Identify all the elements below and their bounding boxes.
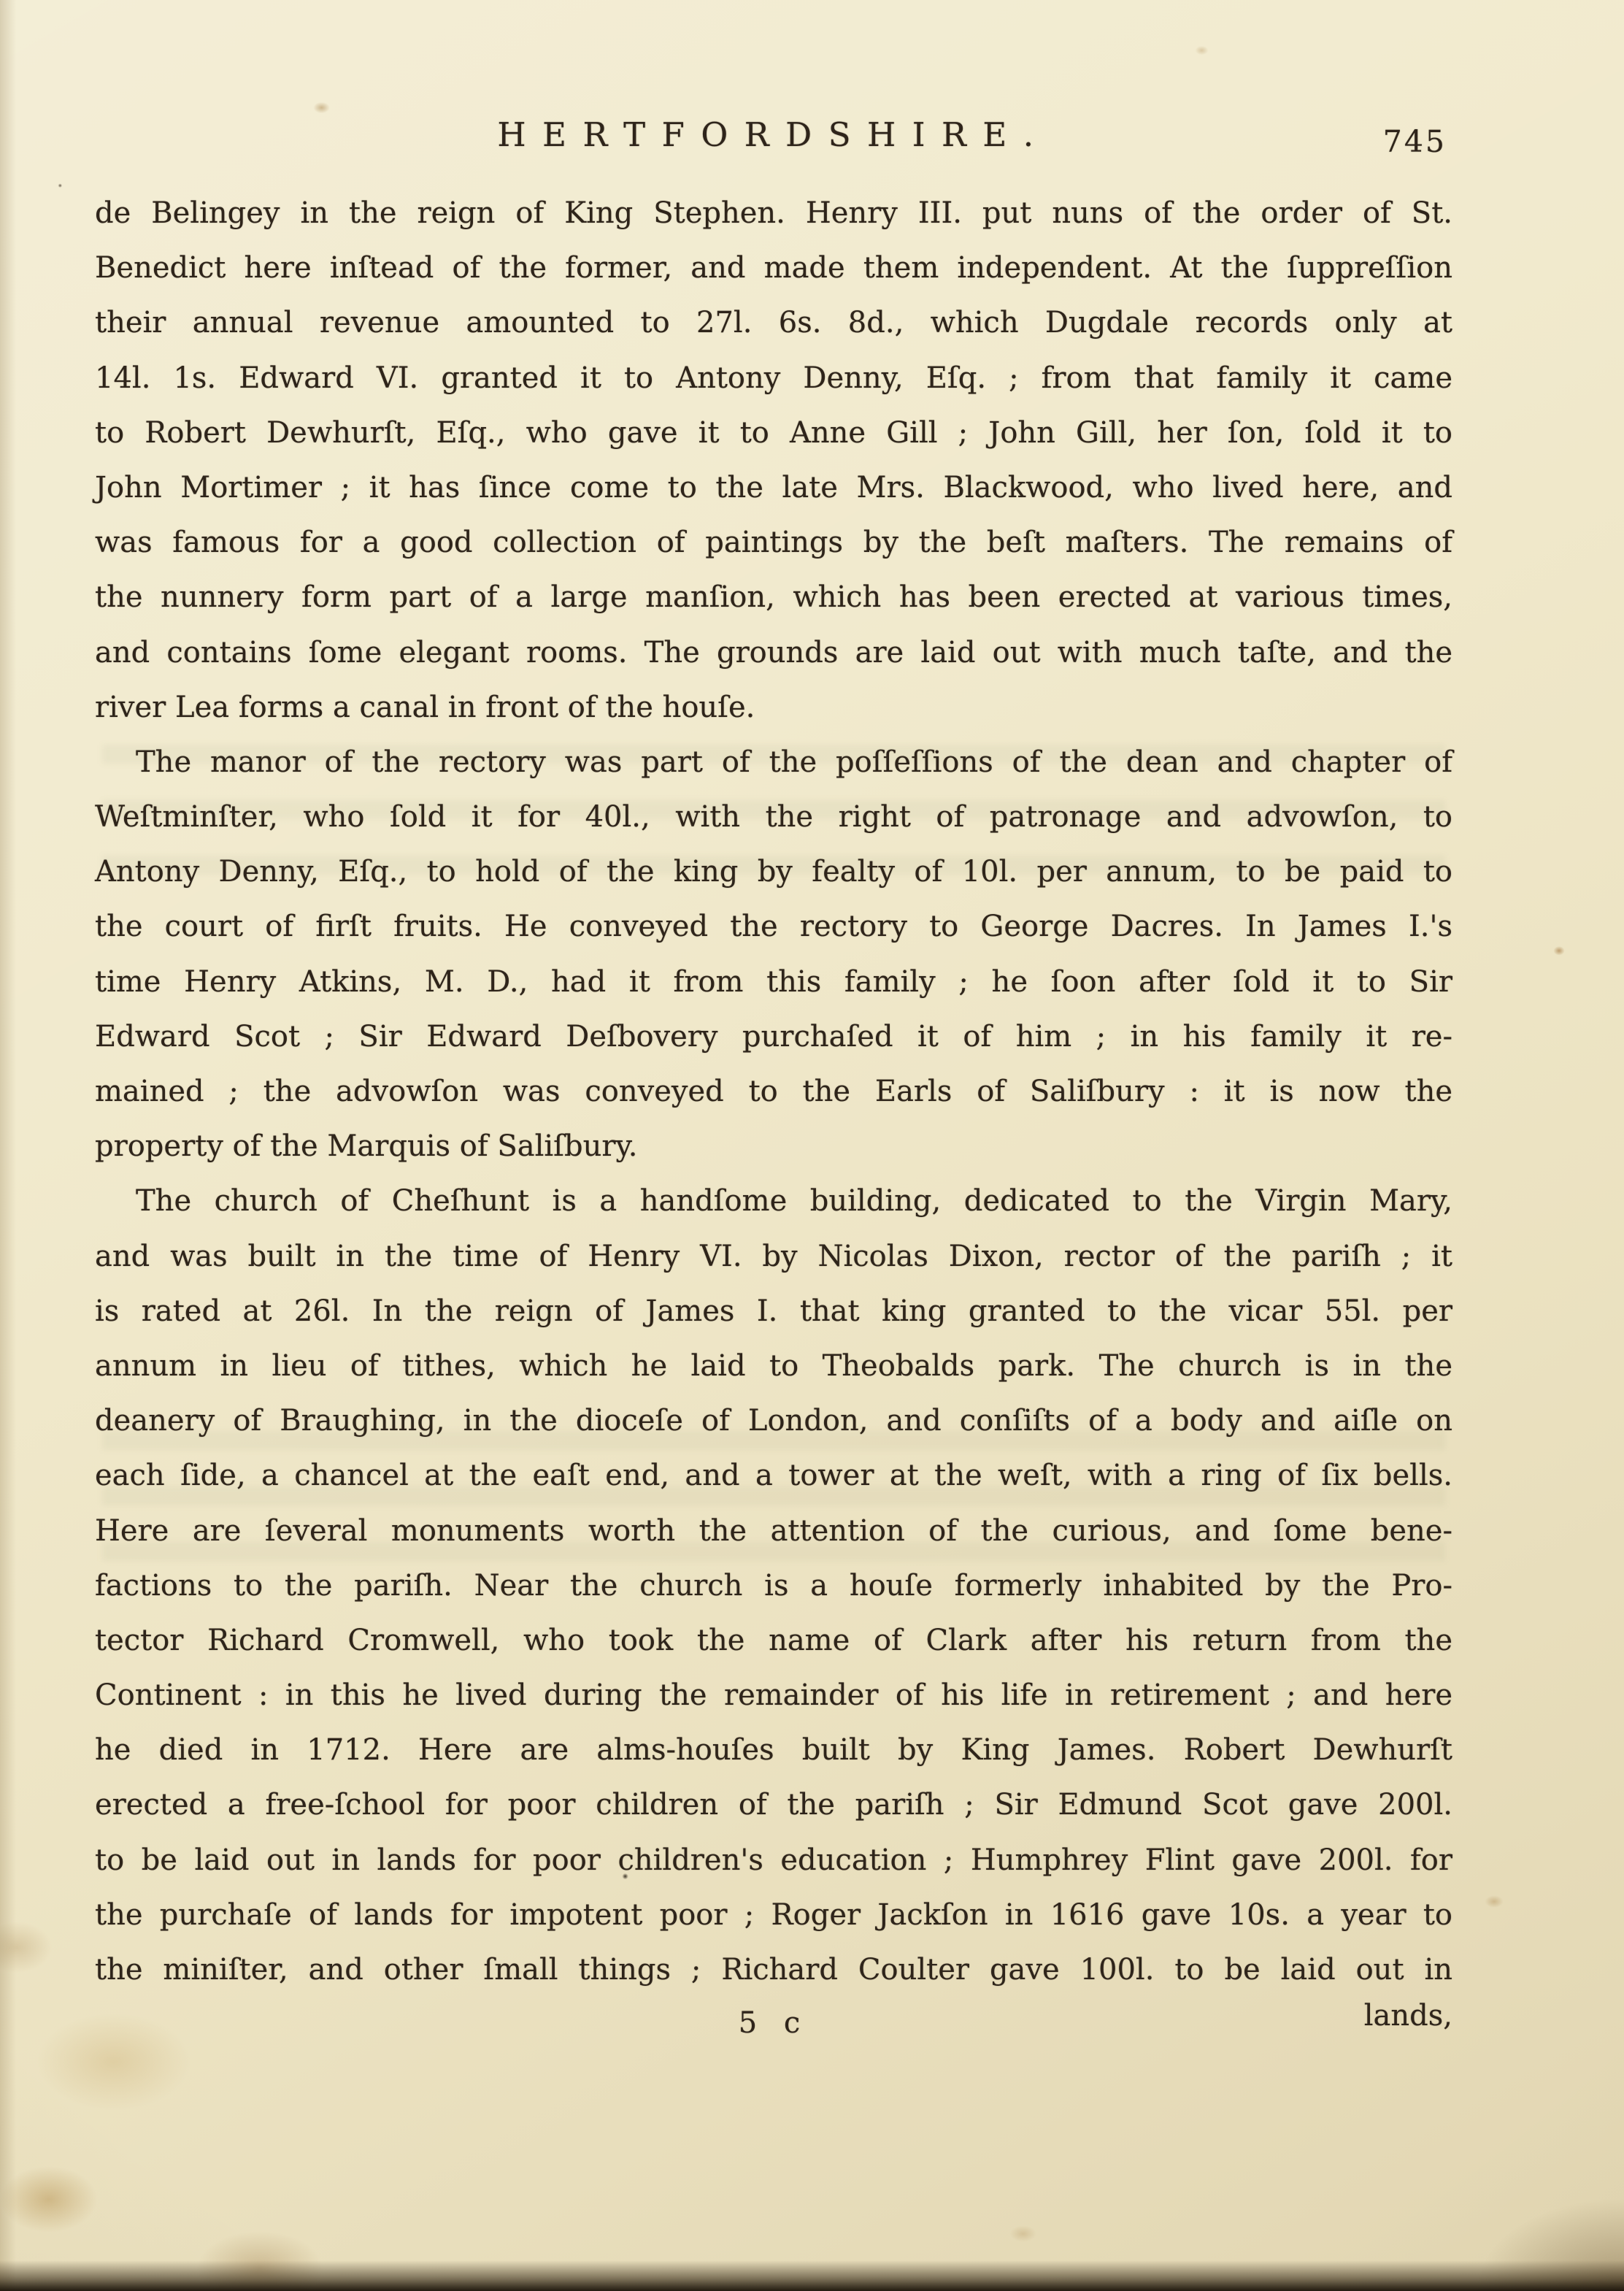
- text-line: the purchaſe of lands for impotent poor …: [95, 1888, 1452, 1943]
- catchword: lands,: [1364, 1999, 1452, 2033]
- signature-mark: 5 c: [95, 2006, 1452, 2040]
- text-line: deanery of Braughing, in the dioceſe of …: [95, 1394, 1452, 1448]
- text-line: Here are ſeveral monuments worth the att…: [95, 1504, 1452, 1559]
- paragraph: The manor of the rectory was part of the…: [95, 735, 1452, 1175]
- text-line: to Robert Dewhurſt, Eſq., who gave it to…: [95, 406, 1452, 461]
- page-text: de Belingey in the reign of King Stephen…: [95, 186, 1452, 1998]
- paragraph: The church of Cheſhunt is a handſome bui…: [95, 1174, 1452, 1998]
- text-line: time Henry Atkins, M. D., had it from th…: [95, 955, 1452, 1010]
- text-line: the nunnery form part of a large manſion…: [95, 570, 1452, 625]
- text-line: Edward Scot ; Sir Edward Deſbovery purch…: [95, 1010, 1452, 1064]
- text-line: The church of Cheſhunt is a handſome bui…: [95, 1174, 1452, 1229]
- text-line: Continent : in this he lived during the …: [95, 1668, 1452, 1723]
- text-line: each ſide, a chancel at the eaſt end, an…: [95, 1448, 1452, 1503]
- text-line: their annual revenue amounted to 27l. 6s…: [95, 296, 1452, 350]
- text-line: was famous for a good collection of pain…: [95, 515, 1452, 570]
- page-number: 745: [1383, 124, 1447, 159]
- text-line: 14l. 1s. Edward VI. granted it to Antony…: [95, 351, 1452, 406]
- text-line: river Lea forms a canal in front of the …: [95, 680, 1452, 735]
- text-line: property of the Marquis of Saliſbury.: [95, 1119, 1452, 1174]
- text-line: factions to the pariſh. Near the church …: [95, 1559, 1452, 1613]
- text-line: The manor of the rectory was part of the…: [95, 735, 1452, 790]
- text-line: Benedict here inſtead of the former, and…: [95, 241, 1452, 296]
- text-line: tector Richard Cromwell, who took the na…: [95, 1613, 1452, 1668]
- text-line: Weſtminſter, who ſold it for 40l., with …: [95, 790, 1452, 845]
- text-line: and was built in the time of Henry VI. b…: [95, 1229, 1452, 1284]
- book-page-scan: HERTFORDSHIRE. 745 de Belingey in the re…: [0, 0, 1624, 2291]
- text-line: he died in 1712. Here are alms-houſes bu…: [95, 1723, 1452, 1778]
- page-footer-row: 5 c lands,: [95, 2002, 1452, 2060]
- text-line: annum in lieu of tithes, which he laid t…: [95, 1339, 1452, 1394]
- text-line: Antony Denny, Eſq., to hold of the king …: [95, 845, 1452, 899]
- text-line: erected a free-ſchool for poor children …: [95, 1778, 1452, 1833]
- text-line: and contains ſome elegant rooms. The gro…: [95, 626, 1452, 680]
- text-line: to be laid out in lands for poor childre…: [95, 1833, 1452, 1888]
- running-header: HERTFORDSHIRE.: [95, 115, 1452, 154]
- text-line: the miniſter, and other ſmall things ; R…: [95, 1943, 1452, 1998]
- paragraph: de Belingey in the reign of King Stephen…: [95, 186, 1452, 735]
- text-line: de Belingey in the reign of King Stephen…: [95, 186, 1452, 241]
- text-line: the court of firſt fruits. He conveyed t…: [95, 899, 1452, 954]
- page-header-row: HERTFORDSHIRE. 745: [95, 115, 1452, 168]
- text-line: mained ; the advowſon was conveyed to th…: [95, 1064, 1452, 1119]
- text-line: John Mortimer ; it has ſince come to the…: [95, 461, 1452, 515]
- text-line: is rated at 26l. In the reign of James I…: [95, 1284, 1452, 1339]
